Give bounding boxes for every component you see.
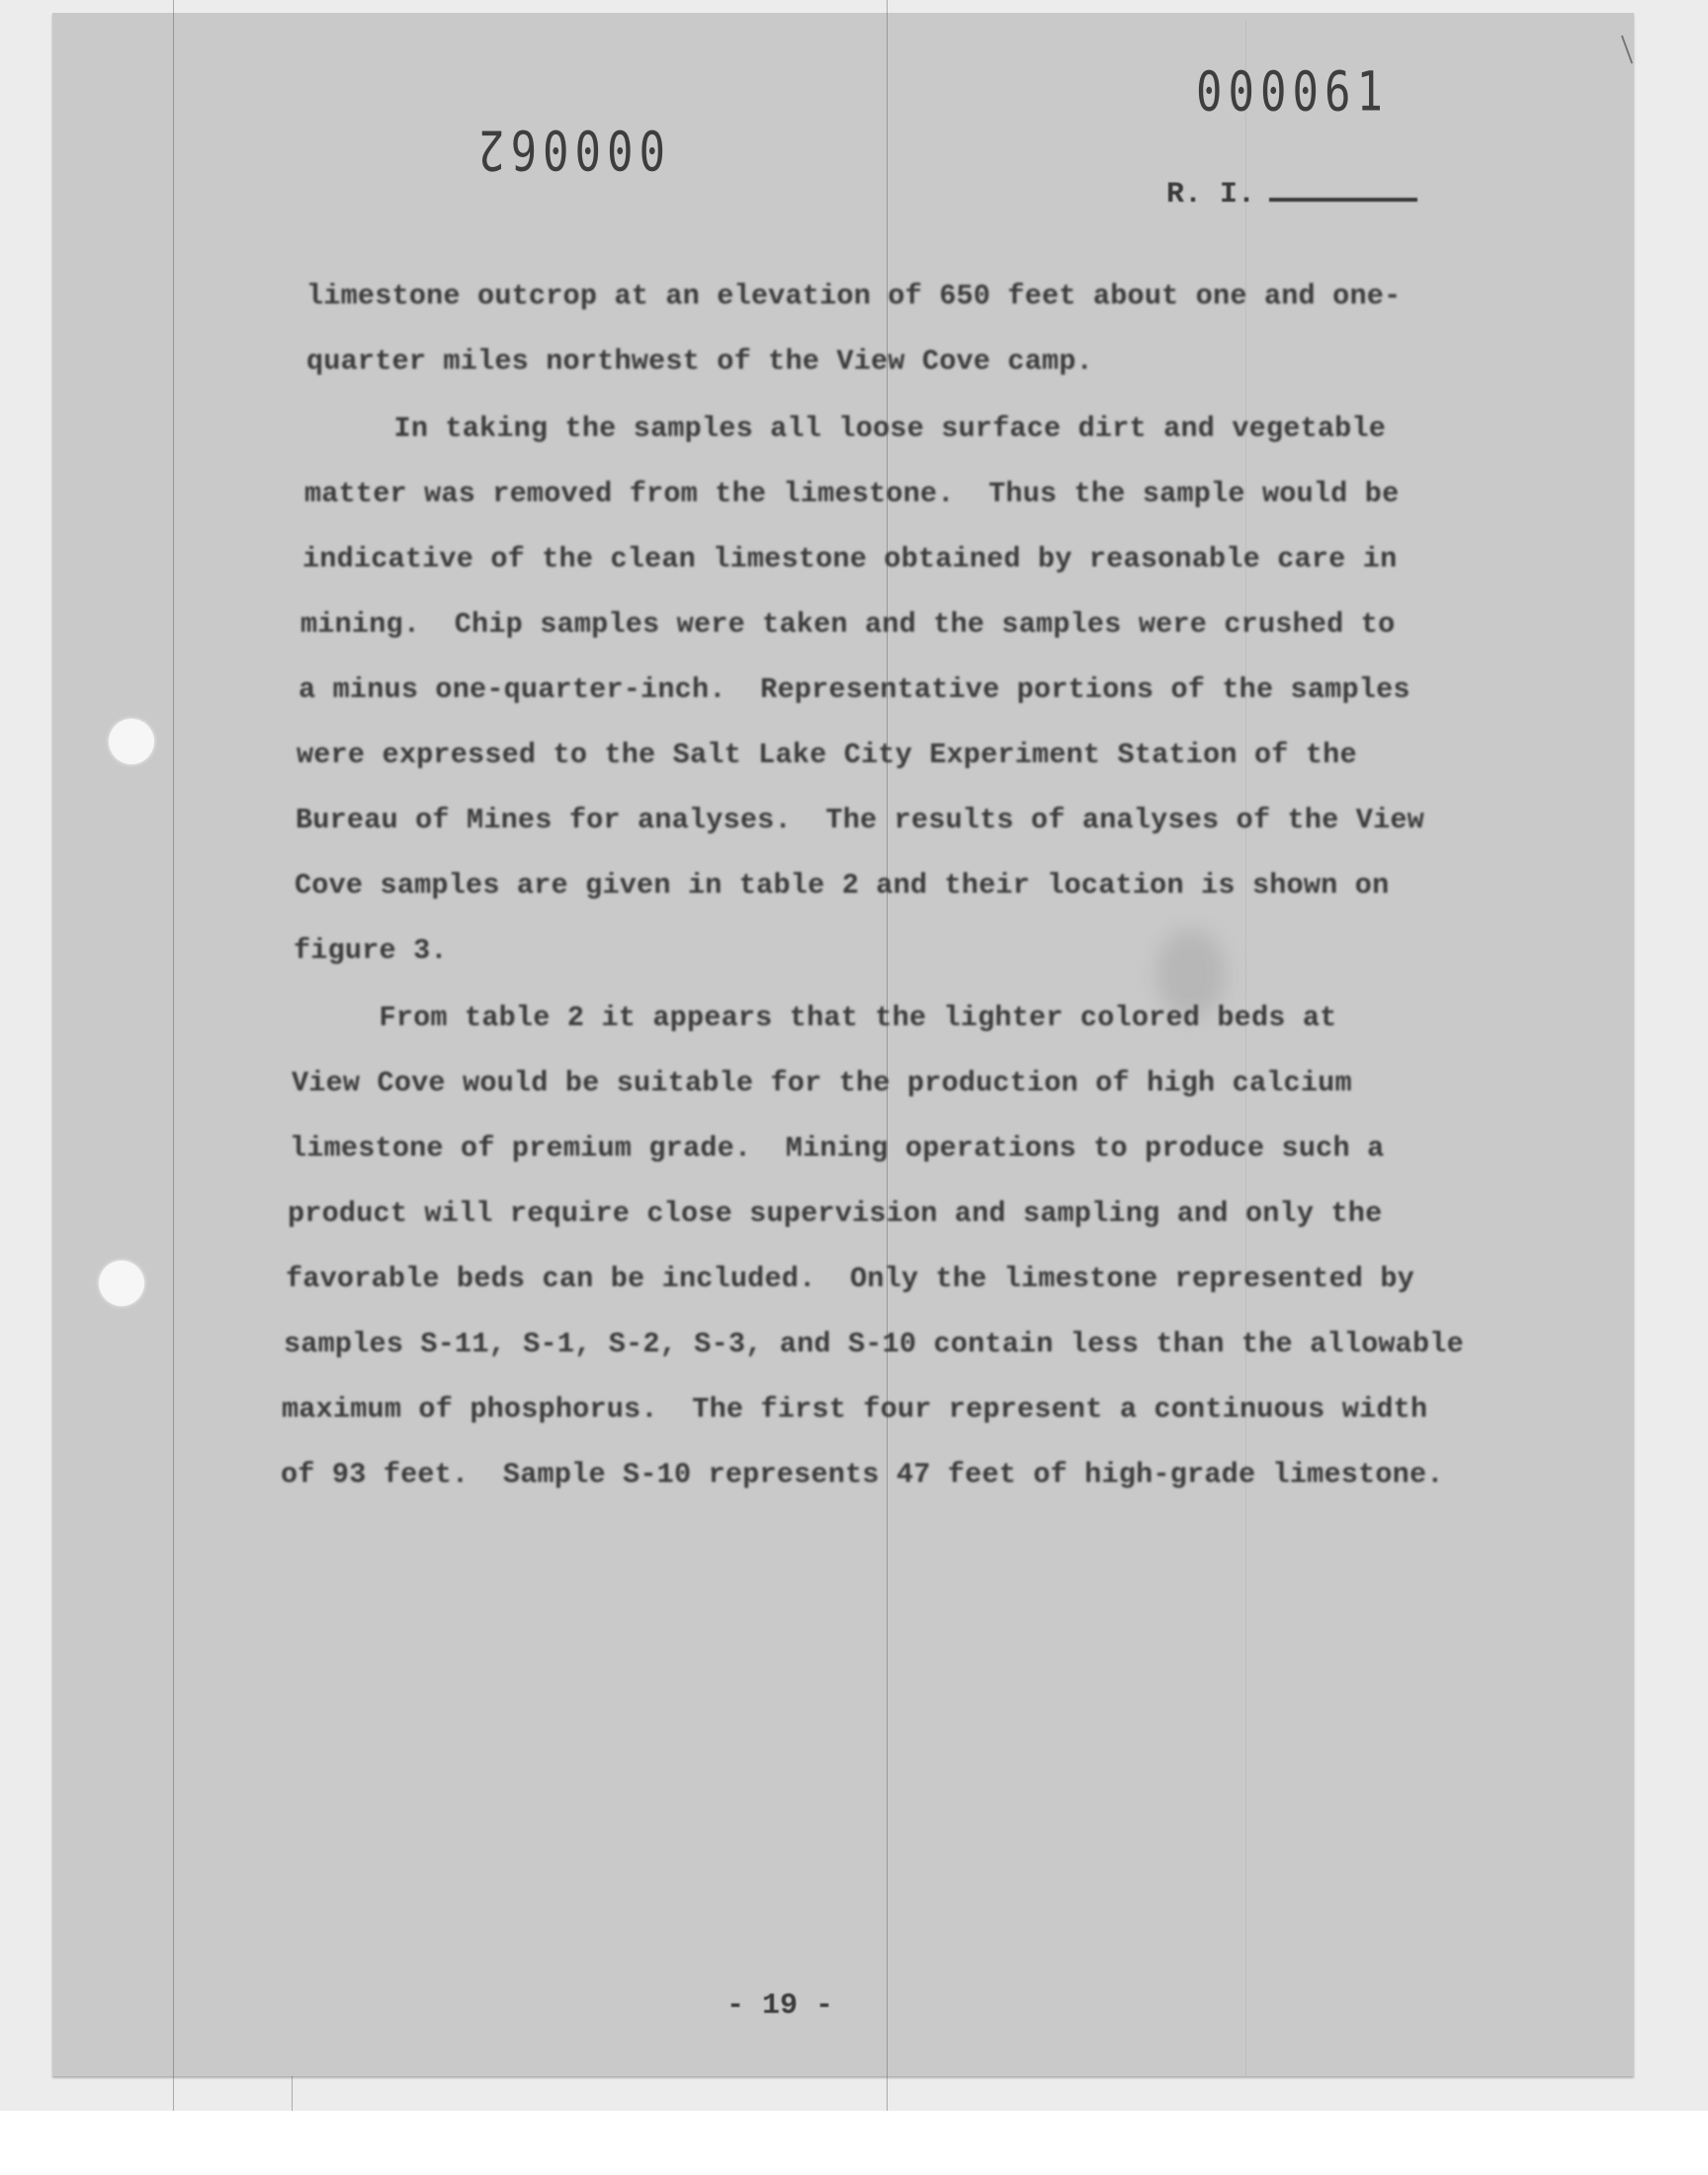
text-line: limestone of premium grade. Mining opera… — [290, 1132, 1384, 1165]
text-line: Cove samples are given in table 2 and th… — [295, 869, 1389, 902]
text-line: were expressed to the Salt Lake City Exp… — [297, 739, 1357, 771]
text-line: limestone outcrop at an elevation of 650… — [306, 280, 1401, 312]
text-line: matter was removed from the limestone. T… — [304, 478, 1399, 510]
text-line: product will require close supervision a… — [288, 1197, 1382, 1230]
text-line: Bureau of Mines for analyses. The result… — [296, 804, 1424, 836]
text-line: favorable beds can be included. Only the… — [286, 1262, 1414, 1295]
text-line: indicative of the clean limestone obtain… — [302, 543, 1397, 575]
page-number: - 19 - — [726, 1989, 833, 2023]
text-line: of 93 feet. Sample S-10 represents 47 fe… — [281, 1458, 1444, 1491]
text-line: mining. Chip samples were taken and the … — [300, 608, 1395, 641]
text-line: samples S-11, S-1, S-2, S-3, and S-10 co… — [284, 1328, 1464, 1360]
text-line: In taking the samples all loose surface … — [308, 412, 1386, 445]
text-line: a minus one-quarter-inch. Representative… — [299, 673, 1410, 706]
text-line: figure 3. — [294, 934, 448, 967]
text-line: From table 2 it appears that the lighter… — [294, 1001, 1336, 1034]
body-text: limestone outcrop at an elevation of 650… — [0, 0, 1708, 2175]
text-line: View Cove would be suitable for the prod… — [292, 1067, 1352, 1099]
text-line: maximum of phosphorus. The first four re… — [282, 1393, 1427, 1426]
text-line: quarter miles northwest of the View Cove… — [306, 345, 1093, 378]
